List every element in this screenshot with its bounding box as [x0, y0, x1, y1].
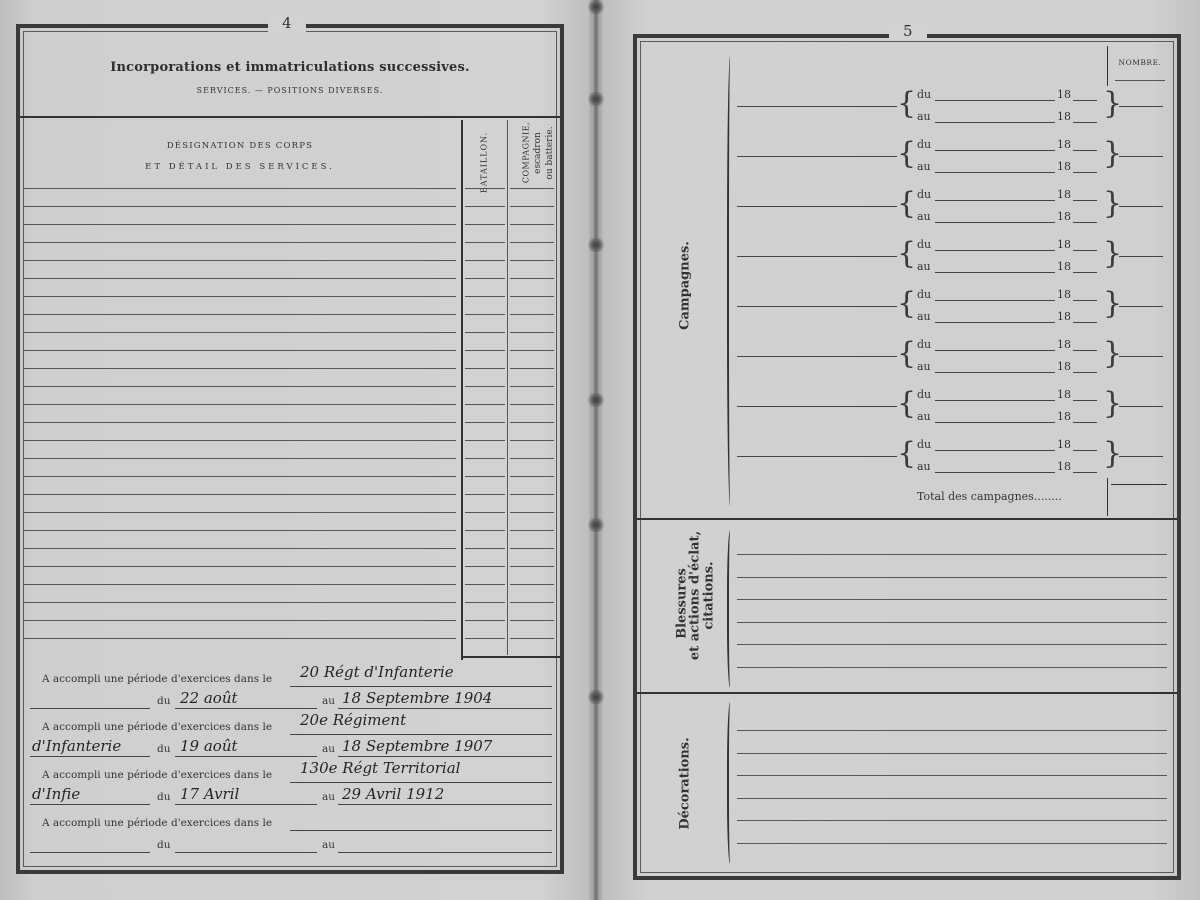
au-label: au	[917, 260, 931, 273]
compagnie-cell-line[interactable]	[510, 602, 554, 603]
decorations-line[interactable]	[737, 775, 1167, 776]
campaign-name-line[interactable]	[737, 306, 897, 307]
stitch-hole	[586, 393, 606, 407]
nombre-line[interactable]	[1119, 306, 1163, 307]
service-row-line[interactable]	[24, 512, 456, 513]
du-year-prefix: 18	[1057, 338, 1071, 351]
prefix-field[interactable]: d'Infie	[32, 785, 80, 803]
nombre-line[interactable]	[1119, 106, 1163, 107]
du-label: du	[917, 288, 931, 301]
page-subtitle: SERVICES. — POSITIONS DIVERSES.	[20, 86, 560, 95]
stitch-hole	[586, 518, 606, 532]
au-label: au	[322, 791, 335, 803]
au-year-prefix: 18	[1057, 310, 1071, 323]
bataillon-cell-line[interactable]	[465, 476, 505, 477]
blessures-line[interactable]	[737, 577, 1167, 578]
au-year-prefix: 18	[1057, 210, 1071, 223]
prefix-field-line	[30, 804, 150, 805]
bataillon-cell-line[interactable]	[465, 260, 505, 261]
du-year-prefix: 18	[1057, 288, 1071, 301]
decorations-line[interactable]	[737, 730, 1167, 731]
bataillon-cell-line[interactable]	[465, 512, 505, 513]
service-row-line[interactable]	[24, 260, 456, 261]
blessures-line[interactable]	[737, 644, 1167, 645]
blessures-brace	[727, 530, 735, 688]
campagnes-divider	[637, 518, 1177, 520]
du-date-line[interactable]	[935, 400, 1055, 401]
campaign-name-line[interactable]	[737, 106, 897, 107]
blessures-line[interactable]	[737, 599, 1167, 600]
campaign-name-line[interactable]	[737, 356, 897, 357]
du-year-line[interactable]	[1073, 200, 1097, 201]
unit-field[interactable]: 20 Régt d'Infanterie	[300, 663, 454, 681]
bataillon-cell-line[interactable]	[465, 530, 505, 531]
du-date-line[interactable]	[935, 100, 1055, 101]
compagnie-cell-line[interactable]	[510, 638, 554, 639]
service-row-line[interactable]	[24, 242, 456, 243]
au-year-line[interactable]	[1073, 222, 1097, 223]
nombre-line[interactable]	[1119, 356, 1163, 357]
exercise-period-label: A accompli une période d'exercices dans …	[42, 817, 272, 829]
du-year-prefix: 18	[1057, 138, 1071, 151]
bataillon-cell-line[interactable]	[465, 584, 505, 585]
bataillon-cell-line[interactable]	[465, 224, 505, 225]
campaign-name-line[interactable]	[737, 206, 897, 207]
bataillon-cell-line[interactable]	[465, 566, 505, 567]
du-date-line[interactable]	[935, 250, 1055, 251]
bataillon-cell-line[interactable]	[465, 422, 505, 423]
service-row-line[interactable]	[24, 494, 456, 495]
du-year-line[interactable]	[1073, 400, 1097, 401]
blessures-line[interactable]	[737, 622, 1167, 623]
decorations-brace	[727, 702, 735, 864]
stitch-hole	[586, 0, 606, 14]
bataillon-cell-line[interactable]	[465, 296, 505, 297]
compagnie-cell-line[interactable]	[510, 530, 554, 531]
right-brace-icon: }	[1103, 239, 1122, 269]
au-year-prefix: 18	[1057, 360, 1071, 373]
campaign-name-line[interactable]	[737, 256, 897, 257]
bataillon-cell-line[interactable]	[465, 368, 505, 369]
compagnie-cell-line[interactable]	[510, 332, 554, 333]
au-field-line	[338, 852, 552, 853]
bataillon-header: BATAILLON.	[480, 123, 489, 203]
decorations-label: Décorations.	[678, 714, 693, 854]
au-year-line[interactable]	[1073, 472, 1097, 473]
du-label: du	[917, 338, 931, 351]
decorations-line[interactable]	[737, 843, 1167, 844]
campaign-name-line[interactable]	[737, 156, 897, 157]
service-row-line[interactable]	[24, 386, 456, 387]
service-row-line[interactable]	[24, 530, 456, 531]
du-label: du	[917, 238, 931, 251]
au-date-line[interactable]	[935, 322, 1055, 323]
au-date-field[interactable]: 18 Septembre 1907	[342, 737, 492, 755]
du-label: du	[157, 839, 170, 851]
du-year-prefix: 18	[1057, 438, 1071, 451]
au-label: au	[917, 110, 931, 123]
nombre-header: NOMBRE.	[1109, 58, 1171, 67]
designation-header-line1: DÉSIGNATION DES CORPS	[20, 141, 460, 151]
au-label: au	[322, 839, 335, 851]
bataillon-cell-line[interactable]	[465, 314, 505, 315]
au-date-line[interactable]	[935, 122, 1055, 123]
decorations-line[interactable]	[737, 820, 1167, 821]
du-date-line[interactable]	[935, 450, 1055, 451]
compagnie-cell-line[interactable]	[510, 314, 554, 315]
service-row-line[interactable]	[24, 548, 456, 549]
au-year-line[interactable]	[1073, 322, 1097, 323]
stitch-hole	[586, 690, 606, 704]
designation-header-line2: ET DÉTAIL DES SERVICES.	[20, 162, 460, 172]
compagnie-cell-line[interactable]	[510, 368, 554, 369]
au-date-field[interactable]: 18 Septembre 1904	[342, 689, 492, 707]
au-date-line[interactable]	[935, 272, 1055, 273]
nombre-column-divider	[1107, 46, 1108, 86]
bataillon-cell-line[interactable]	[465, 404, 505, 405]
unit-field-line	[290, 782, 552, 783]
au-year-line[interactable]	[1073, 422, 1097, 423]
blessures-line[interactable]	[737, 554, 1167, 555]
bataillon-cell-line[interactable]	[465, 332, 505, 333]
du-year-line[interactable]	[1073, 150, 1097, 151]
du-label: du	[917, 138, 931, 151]
bataillon-cell-line[interactable]	[465, 206, 505, 207]
unit-field-line	[290, 830, 552, 831]
bataillon-cell-line[interactable]	[465, 602, 505, 603]
left-brace-icon: {	[897, 439, 916, 469]
decorations-line[interactable]	[737, 798, 1167, 799]
compagnie-cell-line[interactable]	[510, 278, 554, 279]
au-field-line	[338, 804, 552, 805]
bataillon-cell-line[interactable]	[465, 440, 505, 441]
nombre-line[interactable]	[1119, 456, 1163, 457]
compagnie-cell-line[interactable]	[510, 476, 554, 477]
au-label: au	[917, 460, 931, 473]
compagnie-cell-line[interactable]	[510, 566, 554, 567]
nombre-line[interactable]	[1119, 406, 1163, 407]
blessures-line[interactable]	[737, 667, 1167, 668]
columns-bottom-border	[461, 656, 560, 658]
service-row-line[interactable]	[24, 404, 456, 405]
campagnes-brace	[727, 56, 735, 506]
total-nombre-line	[1111, 484, 1167, 485]
au-date-line[interactable]	[935, 372, 1055, 373]
right-brace-icon: }	[1103, 289, 1122, 319]
campaign-name-line[interactable]	[737, 456, 897, 457]
du-year-line[interactable]	[1073, 300, 1097, 301]
bataillon-cell-line[interactable]	[465, 620, 505, 621]
header-divider	[20, 116, 560, 118]
du-field-line	[175, 708, 317, 709]
page-title: Incorporations et immatriculations succe…	[20, 60, 560, 75]
du-date-field[interactable]: 22 août	[180, 689, 238, 707]
nombre-line[interactable]	[1119, 206, 1163, 207]
page-number: 4	[268, 14, 306, 32]
service-row-line[interactable]	[24, 224, 456, 225]
bataillon-cell-line[interactable]	[465, 188, 505, 189]
service-row-line[interactable]	[24, 476, 456, 477]
du-label: du	[157, 791, 170, 803]
prefix-field[interactable]: d'Infanterie	[32, 737, 121, 755]
total-campagnes-label: Total des campagnes........	[917, 490, 1062, 503]
left-brace-icon: {	[897, 339, 916, 369]
au-year-prefix: 18	[1057, 410, 1071, 423]
service-row-line[interactable]	[24, 602, 456, 603]
bataillon-cell-line[interactable]	[465, 242, 505, 243]
au-year-line[interactable]	[1073, 272, 1097, 273]
right-brace-icon: }	[1103, 389, 1122, 419]
bataillon-cell-line[interactable]	[465, 494, 505, 495]
du-year-prefix: 18	[1057, 388, 1071, 401]
bataillon-cell-line[interactable]	[465, 548, 505, 549]
au-year-prefix: 18	[1057, 160, 1071, 173]
du-field-line	[175, 804, 317, 805]
stitch-hole	[586, 92, 606, 106]
right-page: 5 NOMBRE. Campagnes. {du18au18}{du18au18…	[633, 34, 1181, 880]
service-row-line[interactable]	[24, 314, 456, 315]
bataillon-column-border	[461, 120, 463, 660]
nombre-line[interactable]	[1119, 156, 1163, 157]
du-date-line[interactable]	[935, 300, 1055, 301]
left-page: 4 Incorporations et immatriculations suc…	[16, 24, 564, 874]
right-brace-icon: }	[1103, 139, 1122, 169]
du-date-line[interactable]	[935, 200, 1055, 201]
service-row-line[interactable]	[24, 368, 456, 369]
compagnie-cell-line[interactable]	[510, 548, 554, 549]
du-year-prefix: 18	[1057, 238, 1071, 251]
du-label: du	[157, 743, 170, 755]
du-date-field[interactable]: 17 Avril	[180, 785, 239, 803]
compagnie-cell-line[interactable]	[510, 188, 554, 189]
exercise-period-label: A accompli une période d'exercices dans …	[42, 769, 272, 781]
prefix-field-line	[30, 852, 150, 853]
service-row-line[interactable]	[24, 422, 456, 423]
stitch-hole	[586, 238, 606, 252]
du-date-line[interactable]	[935, 350, 1055, 351]
bataillon-cell-line[interactable]	[465, 278, 505, 279]
au-year-line[interactable]	[1073, 122, 1097, 123]
service-row-line[interactable]	[24, 278, 456, 279]
au-date-line[interactable]	[935, 172, 1055, 173]
prefix-field-line	[30, 708, 150, 709]
du-date-line[interactable]	[935, 150, 1055, 151]
compagnie-cell-line[interactable]	[510, 224, 554, 225]
du-field-line	[175, 852, 317, 853]
total-column-divider	[1107, 478, 1108, 516]
service-row-line[interactable]	[24, 638, 456, 639]
au-label: au	[917, 310, 931, 323]
compagnie-cell-line[interactable]	[510, 494, 554, 495]
service-row-line[interactable]	[24, 206, 456, 207]
du-label: du	[917, 188, 931, 201]
bataillon-cell-line[interactable]	[465, 458, 505, 459]
unit-field[interactable]: 130e Régt Territorial	[300, 759, 460, 777]
left-brace-icon: {	[897, 189, 916, 219]
blessures-divider	[637, 692, 1177, 694]
service-row-line[interactable]	[24, 296, 456, 297]
du-date-field[interactable]: 19 août	[180, 737, 238, 755]
bataillon-cell-line[interactable]	[465, 350, 505, 351]
compagnie-cell-line[interactable]	[510, 260, 554, 261]
compagnie-cell-line[interactable]	[510, 350, 554, 351]
du-year-line[interactable]	[1073, 250, 1097, 251]
left-brace-icon: {	[897, 239, 916, 269]
au-year-prefix: 18	[1057, 260, 1071, 273]
service-row-line[interactable]	[24, 620, 456, 621]
du-label: du	[917, 88, 931, 101]
unit-field-line	[290, 734, 552, 735]
au-date-line[interactable]	[935, 222, 1055, 223]
au-field-line	[338, 756, 552, 757]
du-label: du	[917, 438, 931, 451]
prefix-field-line	[30, 756, 150, 757]
compagnie-cell-line[interactable]	[510, 422, 554, 423]
au-date-field[interactable]: 29 Avril 1912	[342, 785, 444, 803]
compagnie-cell-line[interactable]	[510, 386, 554, 387]
service-row-line[interactable]	[24, 566, 456, 567]
service-row-line[interactable]	[24, 350, 456, 351]
service-row-line[interactable]	[24, 458, 456, 459]
du-year-line[interactable]	[1073, 100, 1097, 101]
exercise-period-label: A accompli une période d'exercices dans …	[42, 673, 272, 685]
right-brace-icon: }	[1103, 439, 1122, 469]
du-year-prefix: 18	[1057, 88, 1071, 101]
unit-field-line	[290, 686, 552, 687]
service-row-line[interactable]	[24, 584, 456, 585]
du-label: du	[157, 695, 170, 707]
nombre-line[interactable]	[1119, 256, 1163, 257]
du-year-line[interactable]	[1073, 350, 1097, 351]
campaign-name-line[interactable]	[737, 406, 897, 407]
compagnie-header: COMPAGNIE, escadron ou batterie.	[508, 120, 556, 192]
du-label: du	[917, 388, 931, 401]
au-year-prefix: 18	[1057, 460, 1071, 473]
compagnie-cell-line[interactable]	[510, 584, 554, 585]
au-field-line	[338, 708, 552, 709]
au-label: au	[917, 160, 931, 173]
du-year-prefix: 18	[1057, 188, 1071, 201]
left-brace-icon: {	[897, 89, 916, 119]
left-brace-icon: {	[897, 289, 916, 319]
au-label: au	[917, 360, 931, 373]
compagnie-cell-line[interactable]	[510, 206, 554, 207]
booklet-spine	[592, 0, 600, 900]
au-date-line[interactable]	[935, 422, 1055, 423]
compagnie-cell-line[interactable]	[510, 512, 554, 513]
compagnie-cell-line[interactable]	[510, 440, 554, 441]
bataillon-cell-line[interactable]	[465, 386, 505, 387]
au-label: au	[322, 743, 335, 755]
service-row-line[interactable]	[24, 188, 456, 189]
compagnie-column-border	[507, 120, 508, 655]
compagnie-cell-line[interactable]	[510, 620, 554, 621]
nombre-underline	[1115, 80, 1165, 81]
service-row-line[interactable]	[24, 332, 456, 333]
au-label: au	[322, 695, 335, 707]
compagnie-cell-line[interactable]	[510, 458, 554, 459]
left-brace-icon: {	[897, 139, 916, 169]
right-brace-icon: }	[1103, 189, 1122, 219]
exercise-period-label: A accompli une période d'exercices dans …	[42, 721, 272, 733]
au-label: au	[917, 410, 931, 423]
au-date-line[interactable]	[935, 472, 1055, 473]
right-brace-icon: }	[1103, 89, 1122, 119]
right-brace-icon: }	[1103, 339, 1122, 369]
left-brace-icon: {	[897, 389, 916, 419]
compagnie-cell-line[interactable]	[510, 404, 554, 405]
au-year-prefix: 18	[1057, 110, 1071, 123]
blessures-label: Blessures et actions d'éclat, citations.	[637, 522, 727, 692]
service-row-line[interactable]	[24, 440, 456, 441]
du-field-line	[175, 756, 317, 757]
campagnes-label: Campagnes.	[678, 226, 693, 346]
au-year-line[interactable]	[1073, 172, 1097, 173]
decorations-line[interactable]	[737, 753, 1167, 754]
compagnie-cell-line[interactable]	[510, 242, 554, 243]
du-year-line[interactable]	[1073, 450, 1097, 451]
au-label: au	[917, 210, 931, 223]
au-year-line[interactable]	[1073, 372, 1097, 373]
page-number: 5	[889, 22, 927, 40]
unit-field[interactable]: 20e Régiment	[300, 711, 406, 729]
bataillon-cell-line[interactable]	[465, 638, 505, 639]
compagnie-cell-line[interactable]	[510, 296, 554, 297]
